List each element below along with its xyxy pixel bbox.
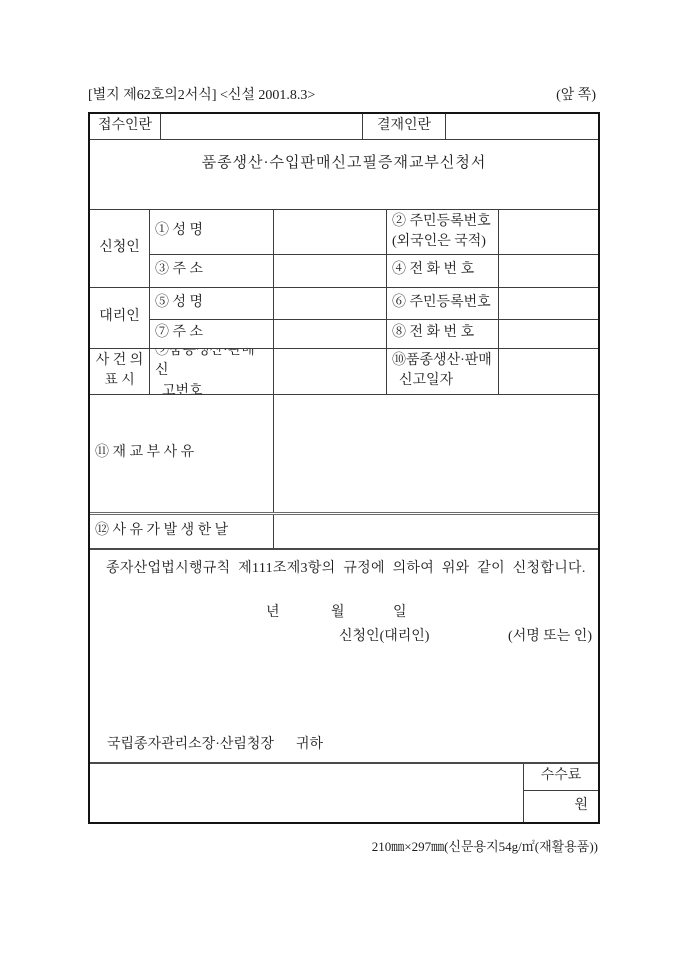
stamp-row: 접수인란 결재인란: [90, 114, 598, 140]
applicant-section: 신청인 ① 성 명 ② 주민등록번호 (외국인은 국적) ③ 주 소 ④ 전 화…: [90, 210, 598, 288]
report-number-label: ⑨품종생산·판매신 고번호: [150, 349, 274, 394]
receipt-stamp-area[interactable]: [161, 114, 363, 139]
applicant-address-field[interactable]: [274, 255, 387, 287]
report-date-label: ⑩품종생산·판매 신고일자: [387, 349, 499, 394]
agent-address-label: ⑦ 주 소: [150, 320, 274, 348]
approval-stamp-area[interactable]: [446, 114, 598, 139]
applicant-name-field[interactable]: [274, 210, 387, 254]
date-month-label: 월: [331, 604, 345, 623]
applicant-address-row: ③ 주 소 ④ 전 화 번 호: [150, 255, 598, 287]
receipt-stamp-label: 접수인란: [90, 114, 161, 139]
occurrence-date-field[interactable]: [274, 515, 598, 548]
agent-phone-label: ⑧ 전 화 번 호: [387, 320, 499, 348]
report-number-field[interactable]: [274, 349, 387, 394]
signer-label: 신청인(대리인): [339, 628, 429, 647]
declaration-statement: 종자산업법시행규칙 제111조제3항의 규정에 의하여 위와 같이 신청합니다.: [106, 560, 586, 579]
reissue-reason-field[interactable]: [274, 395, 598, 512]
fee-label: 수수료: [524, 764, 598, 791]
addressee-line: 국립종자관리소장·산림청장귀하: [107, 736, 323, 755]
agent-section: 대리인 ⑤ 성 명 ⑥ 주민등록번호 ⑦ 주 소 ⑧ 전 화 번 호: [90, 288, 598, 349]
occurrence-date-row: ⑫ 사 유 가 발 생 한 날: [90, 515, 598, 550]
applicant-group-label: 신청인: [90, 210, 150, 287]
agent-name-label: ⑤ 성 명: [150, 288, 274, 319]
case-indication-row: 사 건 의 표 시 ⑨품종생산·판매신 고번호 ⑩품종생산·판매 신고일자: [90, 349, 598, 395]
agent-id-field[interactable]: [499, 288, 598, 319]
date-year-label: 년: [266, 604, 280, 623]
occurrence-date-label: ⑫ 사 유 가 발 생 한 날: [90, 515, 274, 548]
document-page: [별지 제62호의2서식] <신설 2001.8.3> (앞 쪽) 접수인란 결…: [88, 87, 600, 855]
agent-phone-field[interactable]: [499, 320, 598, 348]
form-title: 품종생산·수입판매신고필증재교부신청서: [90, 140, 598, 209]
applicant-phone-field[interactable]: [499, 255, 598, 287]
agent-group-label: 대리인: [90, 288, 150, 348]
addressee-suffix: 귀하: [296, 737, 323, 752]
agent-name-row: ⑤ 성 명 ⑥ 주민등록번호: [150, 288, 598, 320]
fee-row: 수수료 원: [90, 764, 598, 822]
fee-unit-label: 원: [574, 797, 588, 816]
applicant-phone-label: ④ 전 화 번 호: [387, 255, 499, 287]
application-form-table: 접수인란 결재인란 품종생산·수입판매신고필증재교부신청서 신청인 ① 성 명 …: [88, 112, 600, 824]
page-side-label: (앞 쪽): [556, 87, 596, 106]
approval-stamp-label: 결재인란: [363, 114, 446, 139]
reissue-reason-label: ⑪ 재 교 부 사 유: [90, 395, 274, 512]
agent-address-row: ⑦ 주 소 ⑧ 전 화 번 호: [150, 320, 598, 348]
paper-spec-text: 210㎜×297㎜(신문용지54g/㎡(재활용품)): [88, 838, 600, 856]
fee-amount-field[interactable]: 원: [524, 791, 598, 822]
applicant-name-label: ① 성 명: [150, 210, 274, 254]
form-ref-text: [별지 제62호의2서식] <신설 2001.8.3>: [88, 87, 315, 106]
report-date-field[interactable]: [499, 349, 598, 394]
signature-note: (서명 또는 인): [508, 628, 592, 647]
case-group-label: 사 건 의 표 시: [90, 349, 150, 394]
document-header: [별지 제62호의2서식] <신설 2001.8.3> (앞 쪽): [88, 87, 600, 106]
applicant-address-label: ③ 주 소: [150, 255, 274, 287]
reissue-reason-row: ⑪ 재 교 부 사 유: [90, 395, 598, 515]
applicant-name-row: ① 성 명 ② 주민등록번호 (외국인은 국적): [150, 210, 598, 255]
title-row: 품종생산·수입판매신고필증재교부신청서: [90, 140, 598, 210]
agent-address-field[interactable]: [274, 320, 387, 348]
agent-name-field[interactable]: [274, 288, 387, 319]
fee-stamp-area[interactable]: [90, 764, 524, 822]
agent-id-label: ⑥ 주민등록번호: [387, 288, 499, 319]
applicant-id-label: ② 주민등록번호 (외국인은 국적): [387, 210, 499, 254]
applicant-id-field[interactable]: [499, 210, 598, 254]
addressee-label: 국립종자관리소장·산림청장: [107, 737, 274, 752]
date-day-label: 일: [393, 604, 407, 623]
declaration-block: 종자산업법시행규칙 제111조제3항의 규정에 의하여 위와 같이 신청합니다.…: [90, 550, 598, 764]
